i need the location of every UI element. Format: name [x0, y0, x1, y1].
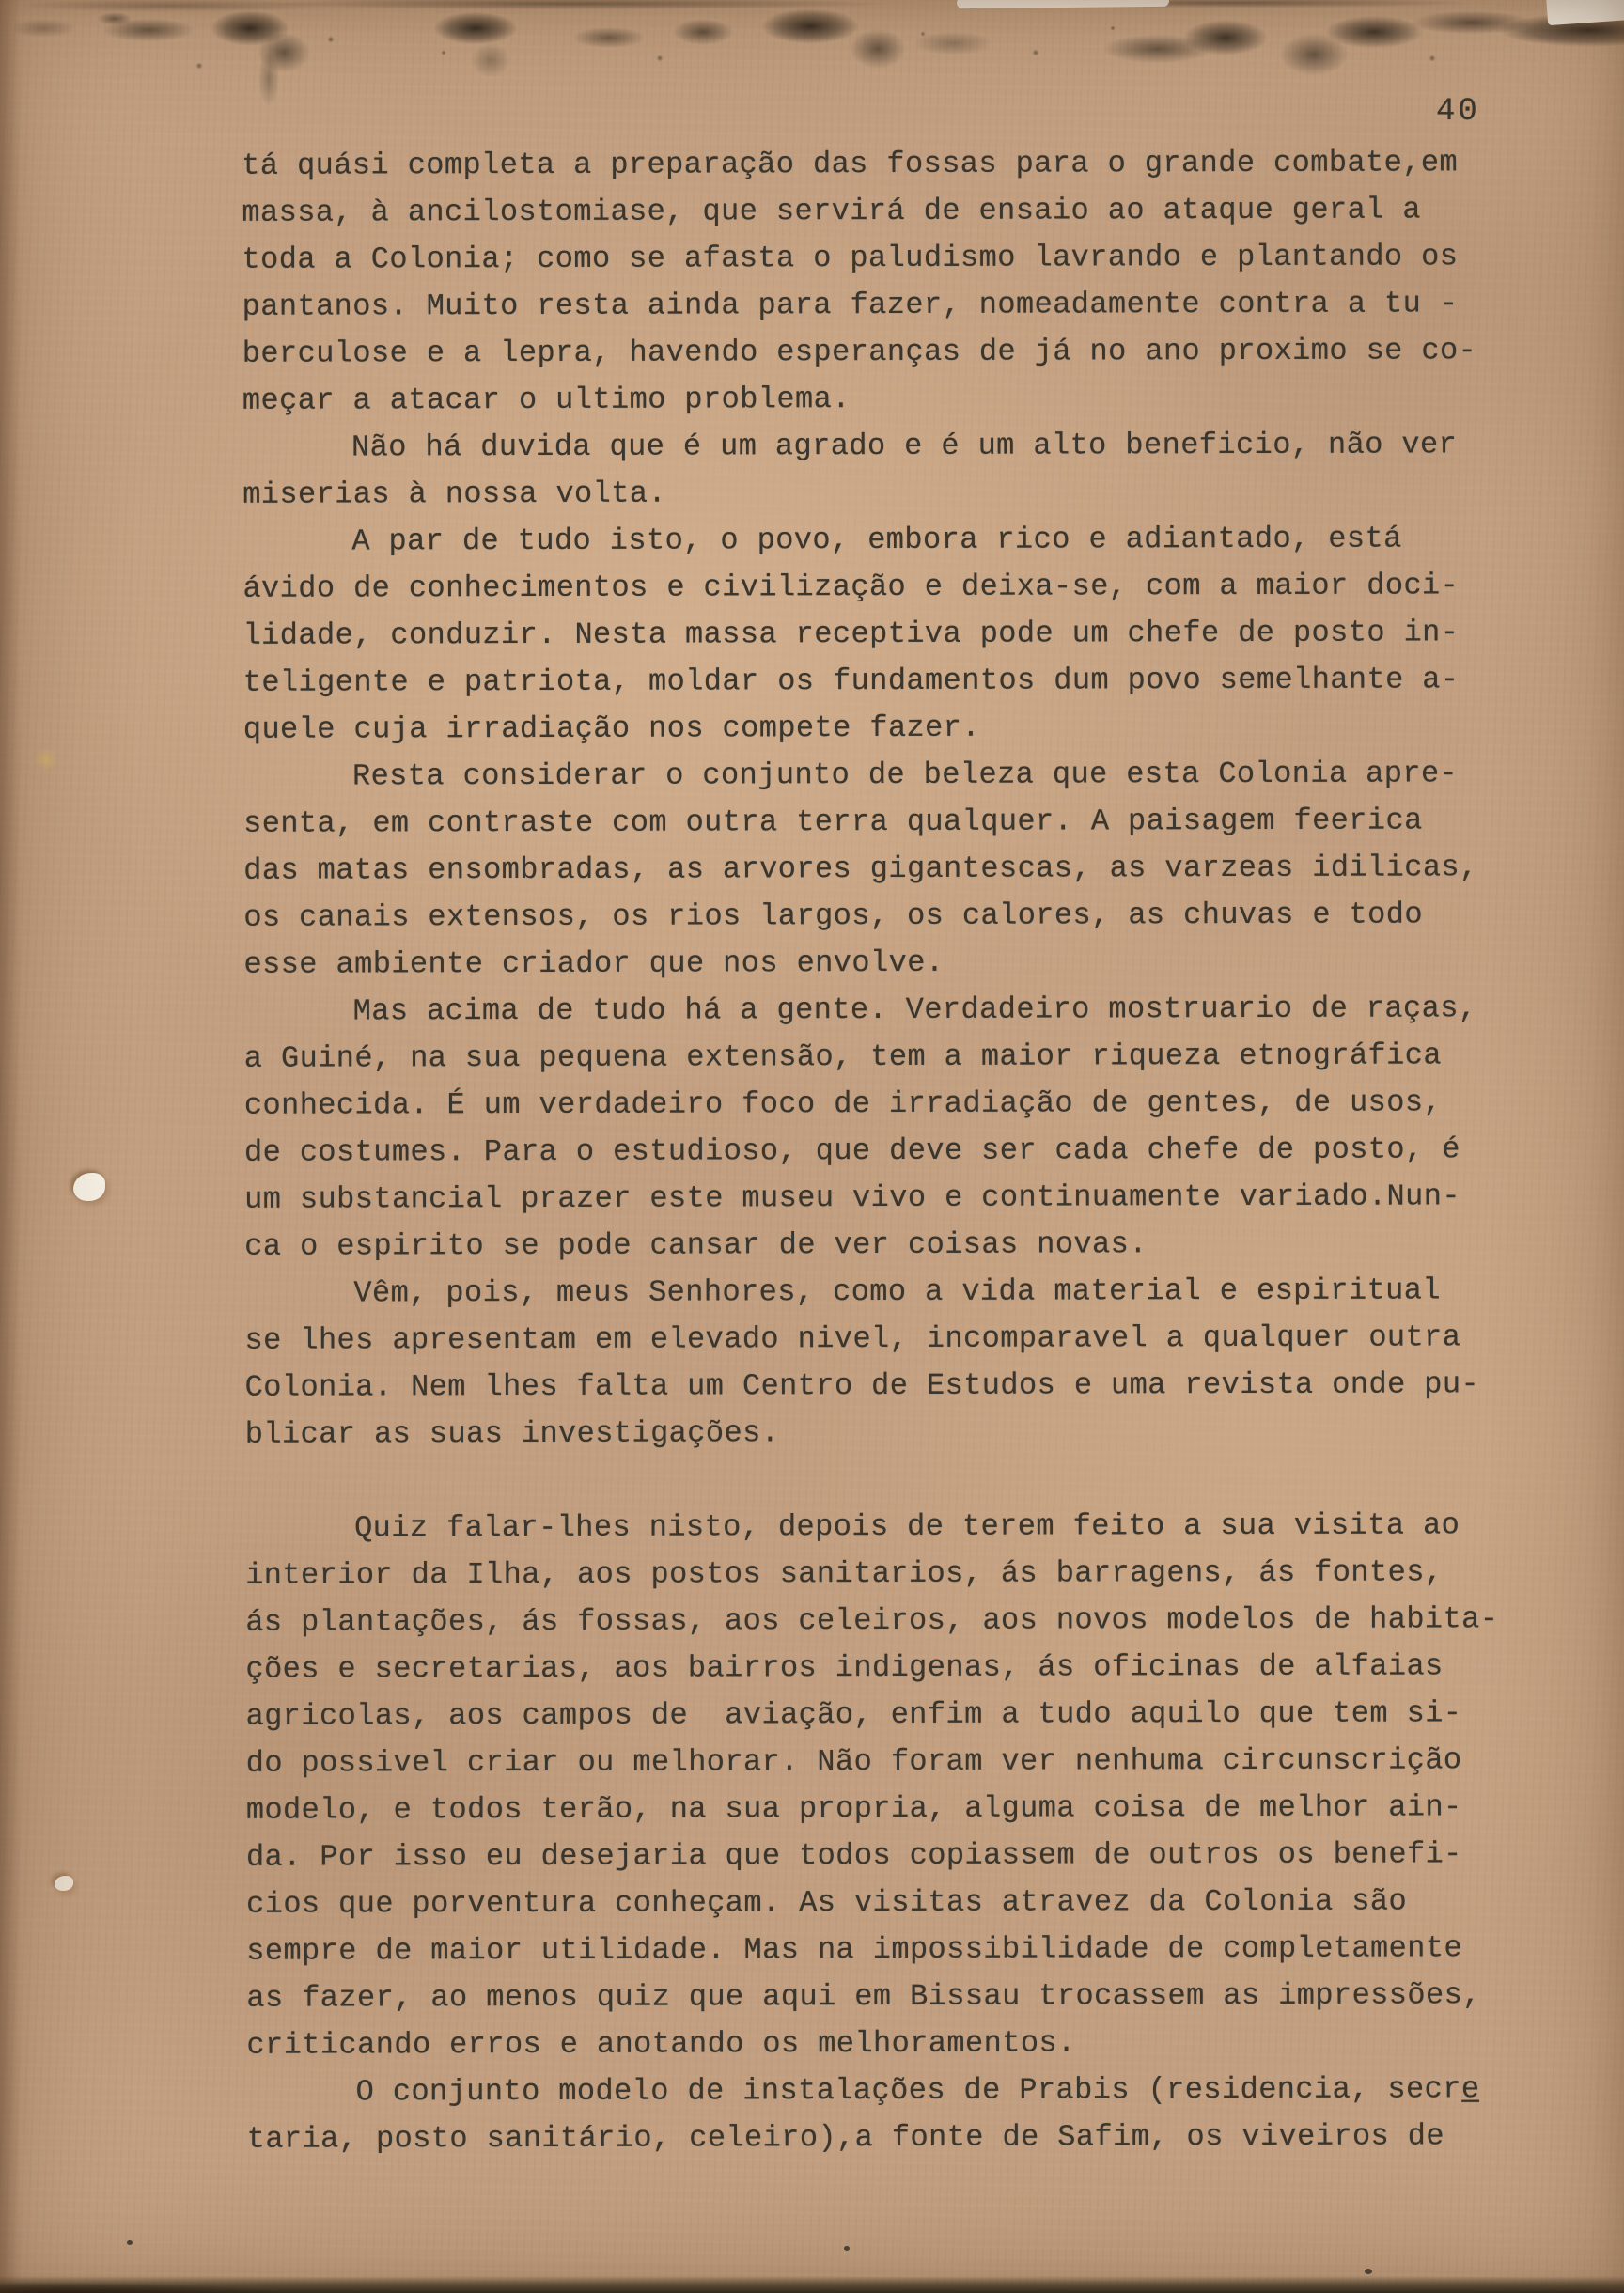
scanned-document-page: 40 tá quási completa a preparação das fo… [0, 0, 1624, 2293]
document-text: tá quási completa a preparação das fossa… [242, 139, 1514, 2163]
paper-hole-small [55, 1876, 73, 1891]
page-bottom-edge [0, 2276, 1624, 2293]
paper-stain-spot [34, 748, 58, 771]
paragraph-5: Mas acima de tudo há a gente. Verdadeiro… [244, 985, 1512, 1271]
dirt-speck [844, 2246, 850, 2251]
paragraph-4: Resta considerar o conjunto de beleza qu… [243, 750, 1511, 989]
dirt-speck [127, 2240, 133, 2245]
paper-hole [73, 1173, 105, 1201]
paragraph-6: Vêm, pois, meus Senhores, como a vida ma… [244, 1267, 1512, 1458]
page-left-edge-shadow [0, 0, 21, 2293]
paragraph-3: A par de tudo isto, o povo, embora rico … [242, 515, 1510, 754]
page-number: 40 [1436, 94, 1480, 130]
dirt-speck [1365, 2269, 1372, 2274]
paragraph-8: O conjunto modelo de instalações de Prab… [247, 2066, 1514, 2163]
ink-stains-top [0, 0, 1624, 132]
paragraph-7: Quiz falar-lhes nisto, depois de terem f… [245, 1502, 1514, 2069]
paragraph-1: tá quási completa a preparação das fossa… [242, 139, 1509, 425]
paragraph-2: Não há duvida que é um agrado e é um alt… [242, 421, 1509, 519]
